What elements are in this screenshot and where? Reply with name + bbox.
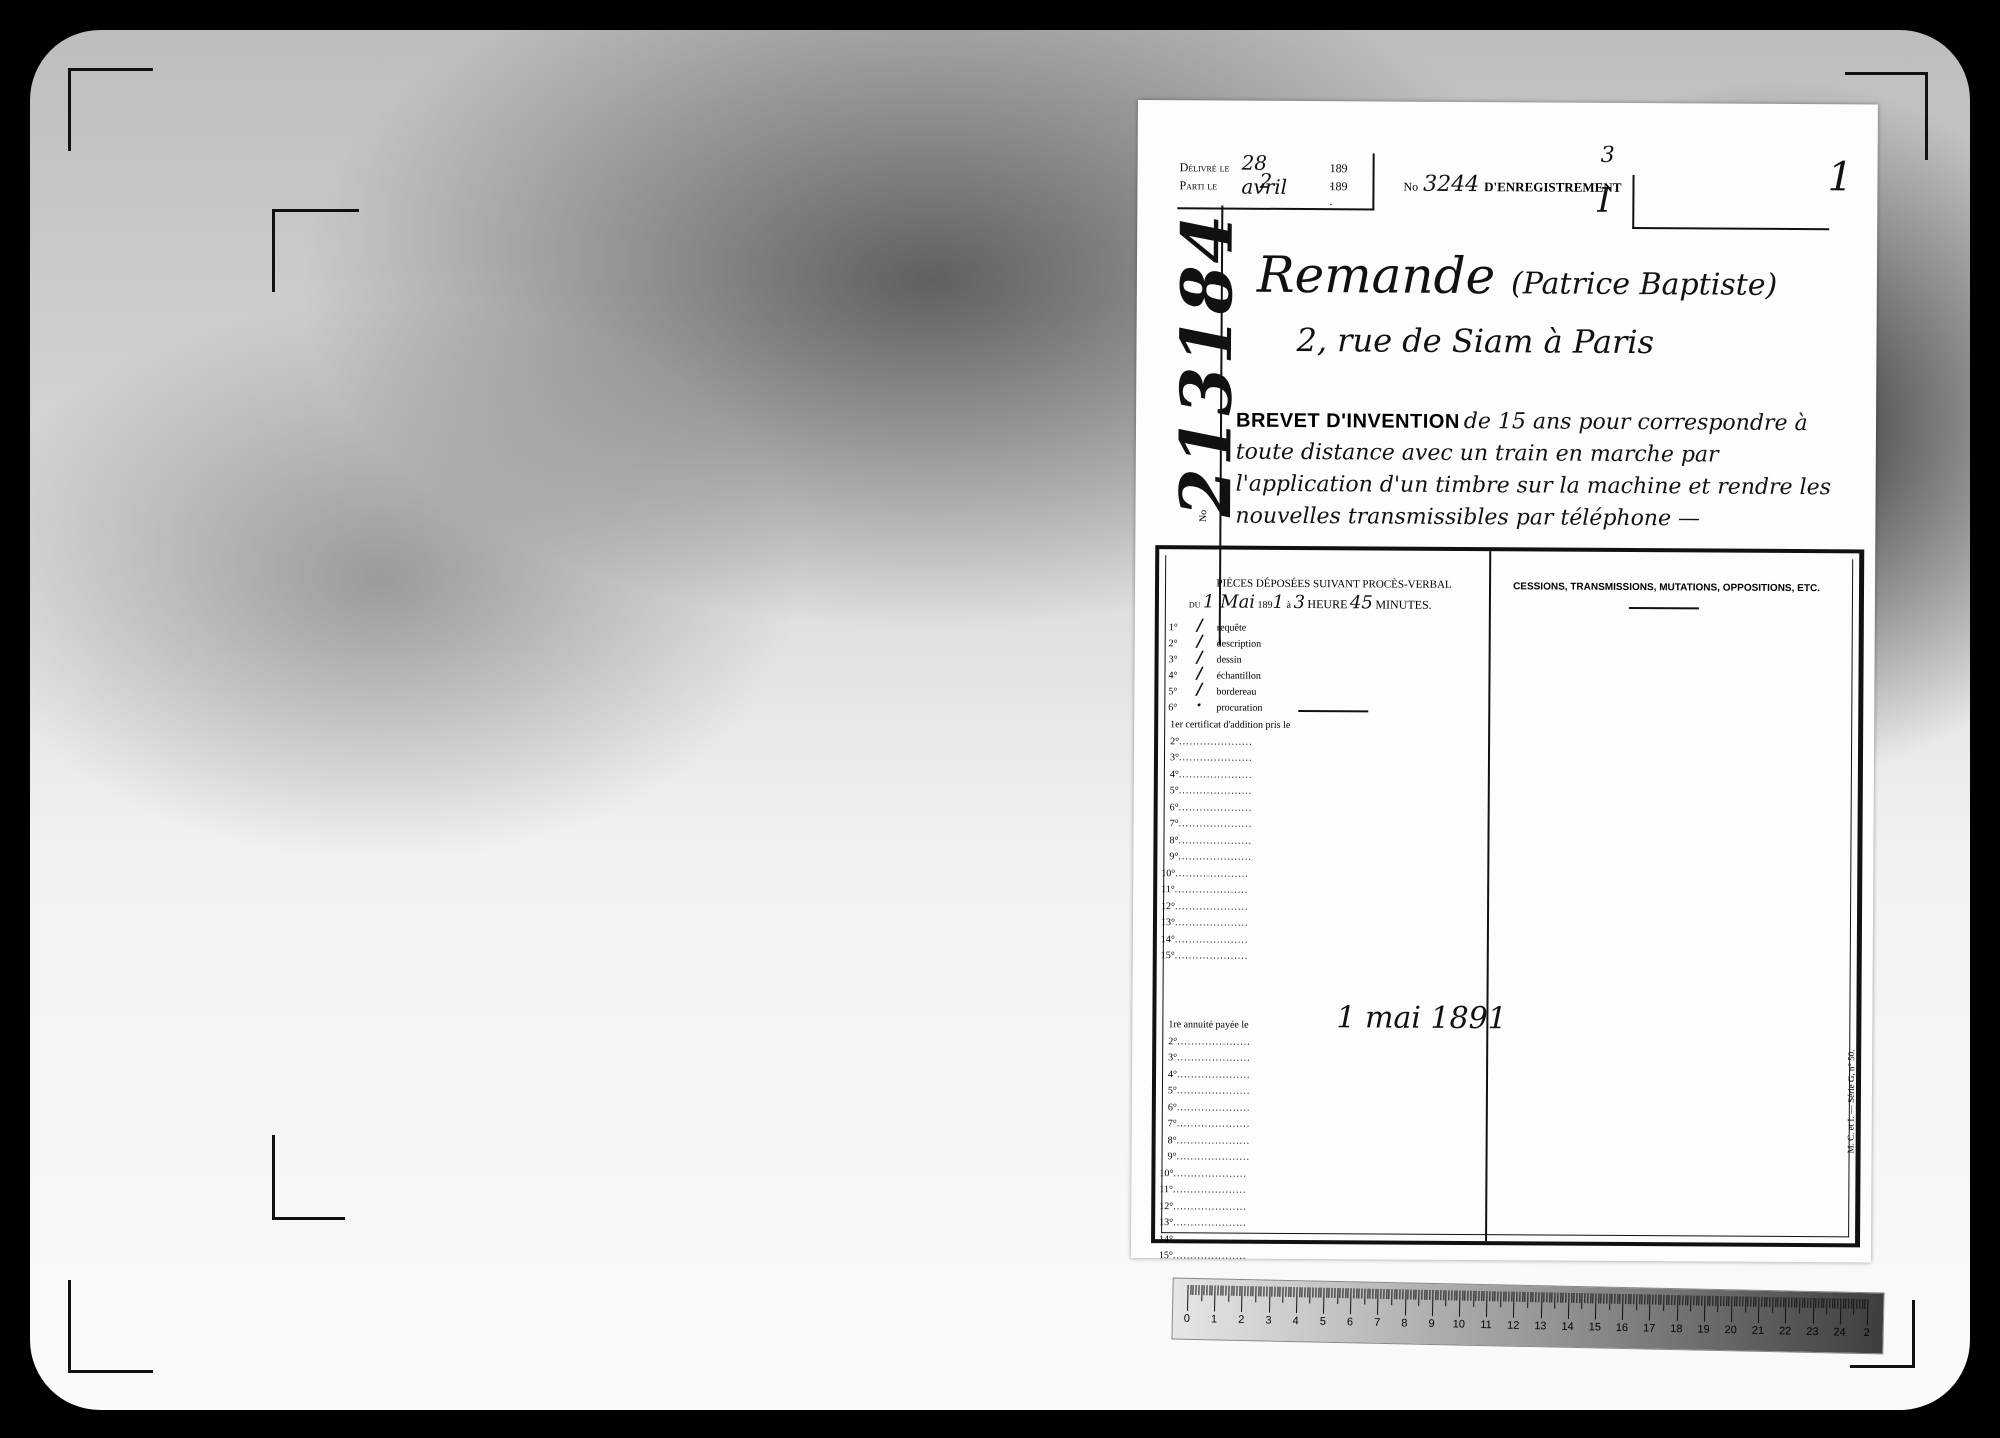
ruler-tick [1503, 1291, 1504, 1301]
ruler-tick [1389, 1289, 1390, 1299]
ruler-tick [1399, 1289, 1400, 1299]
ruler-tick [1511, 1292, 1512, 1302]
ruler-tick [1348, 1288, 1349, 1298]
ruler-tick [1652, 1295, 1653, 1305]
ruler-tick [1337, 1288, 1338, 1304]
ruler-tick [1432, 1290, 1434, 1316]
ruler-tick [1323, 1288, 1325, 1314]
crop-mark-top-left-outer [68, 68, 153, 151]
ruler-tick [1807, 1298, 1808, 1308]
ruler-tick [1372, 1289, 1373, 1299]
ruler-tick [1429, 1290, 1430, 1300]
list-row: 11°..................... [1159, 1184, 1246, 1196]
ruler-tick [1255, 1286, 1256, 1302]
parti-row: Parti le 2 189 . [1179, 178, 1217, 193]
ruler-label: 19 [1697, 1324, 1709, 1336]
ruler-tick [1606, 1294, 1607, 1304]
list-row: 12°..................... [1161, 901, 1249, 913]
ruler-label: 0 [1184, 1313, 1190, 1325]
ruler-tick [1837, 1298, 1838, 1308]
ruler-tick [1758, 1297, 1760, 1323]
ruler-tick [1201, 1285, 1202, 1301]
cessions-heading: CESSIONS, TRANSMISSIONS, MUTATIONS, OPPO… [1494, 581, 1839, 594]
ruler-tick [1851, 1299, 1852, 1309]
brevet-section: BREVET D'INVENTION de 15 ans pour corres… [1235, 406, 1856, 538]
list-row: 6°..................... [1170, 802, 1253, 814]
ruler-tick [1513, 1292, 1515, 1318]
ruler-tick [1454, 1290, 1455, 1300]
ruler-tick [1198, 1285, 1199, 1295]
crop-mark-bottom-left-outer [68, 1280, 153, 1373]
parti-value: 2 [1259, 169, 1272, 193]
ruler-tick [1723, 1296, 1724, 1306]
series-note: M. C. et I. — Série G, n° 50. [1846, 1050, 1857, 1154]
ruler-tick [1729, 1296, 1730, 1306]
ruler-label: 1 [1211, 1313, 1217, 1325]
pv-year-hw: 1 [1273, 592, 1285, 613]
list-row: 2°..................... [1168, 1036, 1251, 1048]
list-row: 14°..................... [1159, 1234, 1247, 1246]
ruler-tick [1810, 1298, 1811, 1308]
ruler-tick [1217, 1285, 1218, 1295]
ruler-tick [1644, 1294, 1645, 1304]
ruler-label: 2 [1864, 1327, 1870, 1339]
ruler-tick [1489, 1291, 1490, 1301]
pv-hour: 3 [1293, 592, 1305, 613]
registration-box [1632, 175, 1829, 230]
ruler-label: 3 [1265, 1315, 1271, 1327]
ruler-tick [1582, 1293, 1583, 1309]
ruler-tick [1193, 1285, 1194, 1295]
list-row: 2°..................... [1170, 736, 1253, 748]
ruler-tick [1750, 1297, 1751, 1307]
ruler-tick [1748, 1297, 1749, 1307]
ruler-tick [1272, 1287, 1273, 1297]
parti-label: Parti le [1179, 178, 1217, 192]
ruler-tick [1236, 1286, 1237, 1296]
ruler-tick [1835, 1298, 1836, 1308]
ruler-tick [1538, 1292, 1539, 1302]
ruler-tick [1693, 1295, 1694, 1305]
ruler-tick [1476, 1291, 1477, 1301]
ruler-label: 21 [1752, 1325, 1764, 1337]
ruler-tick [1486, 1291, 1488, 1317]
list-row: 8°..................... [1168, 1135, 1251, 1147]
ruler-tick [1307, 1287, 1308, 1297]
ruler-tick [1508, 1292, 1509, 1302]
delivre-row: Délivré le 28 avril 189 . [1180, 160, 1230, 175]
ruler-tick [1261, 1286, 1262, 1296]
ruler-label: 20 [1724, 1324, 1736, 1336]
ruler-tick [1864, 1299, 1865, 1309]
ruler-label: 18 [1670, 1323, 1682, 1335]
ruler-tick [1715, 1296, 1716, 1306]
list-row: 11°..................... [1161, 884, 1248, 896]
ruler-tick [1598, 1293, 1599, 1303]
ruler-tick [1639, 1294, 1640, 1304]
ruler-tick [1622, 1294, 1624, 1320]
ruler-tick [1340, 1288, 1341, 1298]
pv-minutes: 45 [1350, 592, 1373, 613]
ruler-tick [1214, 1285, 1216, 1311]
ruler-tick [1497, 1291, 1498, 1301]
ruler-tick [1824, 1298, 1825, 1308]
ruler-tick [1424, 1290, 1425, 1300]
ruler-tick [1353, 1288, 1354, 1298]
ruler-tick [1530, 1292, 1531, 1302]
list-row: 3°..................... [1168, 1052, 1251, 1064]
ruler-label: 4 [1292, 1315, 1298, 1327]
ruler-tick [1345, 1288, 1346, 1298]
ruler-tick [1617, 1294, 1618, 1304]
ruler-tick [1451, 1290, 1452, 1300]
ruler-tick [1459, 1291, 1461, 1317]
ruler-label: 2 [1238, 1314, 1244, 1326]
ruler-tick [1421, 1290, 1422, 1300]
ruler-tick [1565, 1293, 1566, 1303]
ruler-tick [1775, 1297, 1776, 1307]
heure-label: HEURE [1307, 597, 1347, 611]
ruler-tick [1446, 1290, 1447, 1306]
ruler-tick [1241, 1286, 1243, 1312]
form-frame: PIÈCES DÉPOSÉES SUIVANT PROCÈS-VERBAL du… [1151, 545, 1864, 1247]
ruler-tick [1848, 1299, 1849, 1309]
ruler-tick [1832, 1298, 1833, 1308]
ruler-tick [1247, 1286, 1248, 1296]
ruler-tick [1544, 1292, 1545, 1302]
list-row: 10°..................... [1161, 868, 1249, 880]
ruler-tick [1321, 1288, 1322, 1298]
ruler-tick [1244, 1286, 1245, 1296]
ruler-tick [1549, 1292, 1550, 1302]
ruler-tick [1470, 1291, 1471, 1301]
list-row: 8°..................... [1169, 835, 1252, 847]
ruler-tick [1462, 1291, 1463, 1301]
ruler-tick [1845, 1299, 1846, 1309]
ruler-label: 9 [1428, 1318, 1434, 1330]
ruler-tick [1554, 1293, 1555, 1309]
ruler-tick [1761, 1297, 1762, 1307]
ruler-tick [1481, 1291, 1482, 1301]
ruler-tick [1631, 1294, 1632, 1304]
ruler-tick [1571, 1293, 1572, 1303]
ruler-tick [1649, 1295, 1651, 1321]
list-row: 5°..................... [1168, 1085, 1251, 1097]
corner-mark: 1 [1827, 154, 1853, 200]
ruler-tick [1465, 1291, 1466, 1301]
ruler-tick [1506, 1292, 1507, 1302]
list-row: 5°..................... [1170, 785, 1253, 797]
ruler-tick [1563, 1293, 1564, 1303]
ruler-tick [1862, 1299, 1863, 1309]
ruler-tick [1785, 1297, 1787, 1323]
ruler-tick [1690, 1295, 1691, 1311]
crop-mark-bottom-left-inner [272, 1135, 345, 1220]
ruler-tick [1812, 1298, 1814, 1324]
ruler-tick [1443, 1290, 1444, 1300]
ruler-tick [1628, 1294, 1629, 1304]
ruler-label: 5 [1320, 1316, 1326, 1328]
ruler-tick [1712, 1296, 1713, 1306]
ruler-tick [1500, 1291, 1501, 1307]
ruler-tick [1826, 1298, 1827, 1314]
ruler-tick [1655, 1295, 1656, 1305]
ruler-tick [1266, 1287, 1267, 1297]
crop-mark-top-left-inner [272, 209, 359, 292]
ruler-tick [1612, 1294, 1613, 1304]
ruler-label: 8 [1401, 1317, 1407, 1329]
ruler-tick [1726, 1296, 1727, 1306]
ruler-tick [1609, 1294, 1610, 1310]
ruler-tick [1280, 1287, 1281, 1297]
ruler-tick [1206, 1285, 1207, 1295]
list-row: 12°..................... [1159, 1201, 1247, 1213]
registration-superscript: 3 [1601, 143, 1615, 168]
patent-number-prefix: No [1198, 510, 1209, 522]
list-row: 15°..................... [1161, 950, 1249, 962]
patent-document: Délivré le 28 avril 189 . Parti le 2 189… [1131, 100, 1878, 1262]
ruler-tick [1277, 1287, 1278, 1297]
ruler-label: 22 [1779, 1325, 1791, 1337]
ruler-tick [1285, 1287, 1286, 1297]
ruler-tick [1677, 1295, 1679, 1321]
ruler-tick [1288, 1287, 1289, 1297]
ruler-tick [1772, 1297, 1773, 1313]
ruler-tick [1440, 1290, 1441, 1300]
pieces-list: 1°/requête2°/description3°/dessin4°/écha… [1159, 549, 1859, 553]
ruler-tick [1416, 1290, 1417, 1300]
ruler-label: 14 [1561, 1321, 1573, 1333]
list-first-row: 1er certificat d'addition pris le [1170, 719, 1290, 731]
ruler-tick [1402, 1289, 1403, 1299]
ruler-tick [1291, 1287, 1292, 1297]
ruler-tick [1666, 1295, 1667, 1305]
ruler-tick [1274, 1287, 1275, 1297]
ruler-tick [1756, 1297, 1757, 1307]
ruler-tick [1484, 1291, 1485, 1301]
ruler-tick [1187, 1285, 1189, 1311]
list-row: 14°..................... [1161, 934, 1249, 946]
list-row: 9°..................... [1169, 851, 1252, 863]
ruler-tick [1764, 1297, 1765, 1307]
ruler-tick [1525, 1292, 1526, 1302]
ruler-tick [1783, 1297, 1784, 1307]
ruler-tick [1802, 1298, 1803, 1308]
ruler-tick [1253, 1286, 1254, 1296]
registration-mark: I [1597, 181, 1611, 221]
ruler-tick [1579, 1293, 1580, 1303]
ruler-tick [1633, 1294, 1634, 1304]
ruler-label: 23 [1806, 1326, 1818, 1338]
list-row: 15°..................... [1159, 1250, 1247, 1262]
ruler-tick [1427, 1290, 1428, 1300]
ruler-tick [1310, 1287, 1311, 1303]
ruler-tick [1364, 1289, 1365, 1305]
list-row: 7°..................... [1170, 818, 1253, 830]
ruler-tick [1350, 1288, 1352, 1314]
ruler-tick [1457, 1291, 1458, 1301]
ruler-tick [1516, 1292, 1517, 1302]
ruler-tick [1661, 1295, 1662, 1305]
ruler-tick [1541, 1292, 1543, 1318]
ruler-tick [1533, 1292, 1534, 1302]
ruler-tick [1767, 1297, 1768, 1307]
ruler-tick [1794, 1298, 1795, 1308]
ruler-tick [1601, 1294, 1602, 1304]
list-row: 10°..................... [1159, 1168, 1247, 1180]
ruler-tick [1546, 1292, 1547, 1302]
ruler-tick [1595, 1293, 1597, 1319]
ruler-label: 13 [1534, 1320, 1546, 1332]
ruler-tick [1753, 1297, 1754, 1307]
ruler-tick [1405, 1289, 1407, 1315]
ruler-tick [1797, 1298, 1798, 1308]
ruler-tick [1737, 1296, 1738, 1306]
ruler-tick [1620, 1294, 1621, 1304]
ruler-tick [1361, 1289, 1362, 1299]
ruler-tick [1225, 1286, 1226, 1296]
ruler-tick [1584, 1293, 1585, 1303]
proces-verbal-line: du 1 Mai 1891 à 3 HEURE 45 MINUTES. [1189, 591, 1432, 613]
ruler-tick [1329, 1288, 1330, 1298]
applicant-surname: Remande [1257, 246, 1496, 305]
ruler-tick [1397, 1289, 1398, 1299]
applicant-address: 2, rue de Siam à Paris [1296, 321, 1654, 361]
minutes-label: MINUTES. [1375, 597, 1431, 611]
ruler-tick [1334, 1288, 1335, 1298]
ruler-tick [1318, 1288, 1319, 1298]
ruler-tick [1467, 1291, 1468, 1301]
section-rule [1298, 710, 1368, 712]
ruler-tick [1478, 1291, 1479, 1301]
ruler-tick [1190, 1285, 1191, 1295]
ruler-tick [1821, 1298, 1822, 1308]
ruler-tick [1435, 1290, 1436, 1300]
ruler-tick [1522, 1292, 1523, 1302]
ruler-tick [1495, 1291, 1496, 1301]
ruler-tick [1818, 1298, 1819, 1308]
ruler-tick [1734, 1296, 1735, 1306]
ruler-tick [1326, 1288, 1327, 1298]
ruler-tick [1386, 1289, 1387, 1299]
ruler-tick [1228, 1286, 1229, 1302]
ruler-tick [1473, 1291, 1474, 1307]
ruler-tick [1614, 1294, 1615, 1304]
list-row: 3°..................... [1170, 752, 1253, 764]
ruler-tick [1745, 1297, 1746, 1313]
ruler-tick [1647, 1294, 1648, 1304]
ruler-tick [1696, 1296, 1697, 1306]
ruler-tick [1250, 1286, 1251, 1296]
ruler-tick [1720, 1296, 1721, 1306]
ruler-tick [1492, 1291, 1493, 1301]
parti-year: 189 . [1329, 179, 1347, 209]
ruler-label: 16 [1616, 1322, 1628, 1334]
ruler-tick [1769, 1297, 1770, 1307]
ruler-tick [1231, 1286, 1232, 1296]
ruler-tick [1688, 1295, 1689, 1305]
ruler-label: 6 [1347, 1316, 1353, 1328]
ruler-tick [1680, 1295, 1681, 1305]
ruler-tick [1377, 1289, 1379, 1315]
ruler-tick [1805, 1298, 1806, 1308]
registration-prefix: No [1403, 180, 1418, 194]
ruler-tick [1304, 1287, 1305, 1297]
ruler-tick [1859, 1299, 1860, 1309]
ruler-tick [1356, 1288, 1357, 1298]
ruler-tick [1718, 1296, 1719, 1312]
ruler-tick [1269, 1287, 1271, 1313]
ruler-tick [1560, 1293, 1561, 1303]
ruler-tick [1408, 1289, 1409, 1299]
ruler-tick [1777, 1297, 1778, 1307]
brevet-title: BREVET D'INVENTION [1236, 410, 1460, 433]
ruler-label: 7 [1374, 1317, 1380, 1329]
ruler-tick [1799, 1298, 1800, 1314]
ruler-tick [1410, 1290, 1411, 1300]
ruler-tick [1867, 1299, 1869, 1325]
ruler-tick [1519, 1292, 1520, 1302]
ruler-tick [1557, 1293, 1558, 1303]
ruler-tick [1671, 1295, 1672, 1305]
ruler-tick [1552, 1292, 1553, 1302]
ruler-tick [1642, 1294, 1643, 1304]
applicant-given-names: (Patrice Baptiste) [1511, 266, 1777, 303]
ruler-label: 11 [1480, 1319, 1492, 1331]
registration-value: 3244 [1423, 172, 1479, 197]
ruler-tick [1603, 1294, 1604, 1304]
ruler-tick [1590, 1293, 1591, 1303]
ruler-tick [1342, 1288, 1343, 1298]
ruler-tick [1674, 1295, 1675, 1305]
ruler-tick [1296, 1287, 1298, 1313]
ruler-tick [1315, 1288, 1316, 1298]
ruler-label: 24 [1833, 1326, 1845, 1338]
ruler-tick [1636, 1294, 1637, 1310]
ruler-tick [1418, 1290, 1419, 1306]
ruler-tick [1663, 1295, 1664, 1311]
delivre-label: Délivré le [1180, 160, 1230, 174]
ruler-tick [1302, 1287, 1303, 1297]
first-annuity-date: 1 mai 1891 [1336, 1000, 1507, 1036]
ruler-tick [1593, 1293, 1594, 1303]
ruler-tick [1391, 1289, 1392, 1305]
list-row: 13°..................... [1161, 917, 1249, 929]
ruler-tick [1331, 1288, 1332, 1298]
ruler-tick [1682, 1295, 1683, 1305]
ruler-tick [1209, 1285, 1210, 1295]
ruler-tick [1568, 1293, 1570, 1319]
ruler-tick [1282, 1287, 1283, 1303]
a-label: à [1286, 600, 1291, 611]
ruler-tick [1704, 1296, 1706, 1322]
ruler-label: 10 [1453, 1318, 1465, 1330]
applicant-name: Remande (Patrice Baptiste) [1257, 246, 1778, 307]
ruler-tick [1367, 1289, 1368, 1299]
ruler-tick [1685, 1295, 1686, 1305]
ruler-tick [1438, 1290, 1439, 1300]
ruler-tick [1527, 1292, 1528, 1308]
ruler-tick [1394, 1289, 1395, 1299]
ruler-tick [1856, 1299, 1857, 1309]
list-first-row: 1re annuité payée le [1168, 1019, 1248, 1030]
ruler-tick [1701, 1296, 1702, 1306]
ruler-tick [1699, 1296, 1700, 1306]
du-label: du [1189, 596, 1201, 610]
pv-date: 1 Mai [1203, 591, 1255, 612]
ruler-tick [1840, 1299, 1842, 1325]
ruler-tick [1535, 1292, 1536, 1302]
